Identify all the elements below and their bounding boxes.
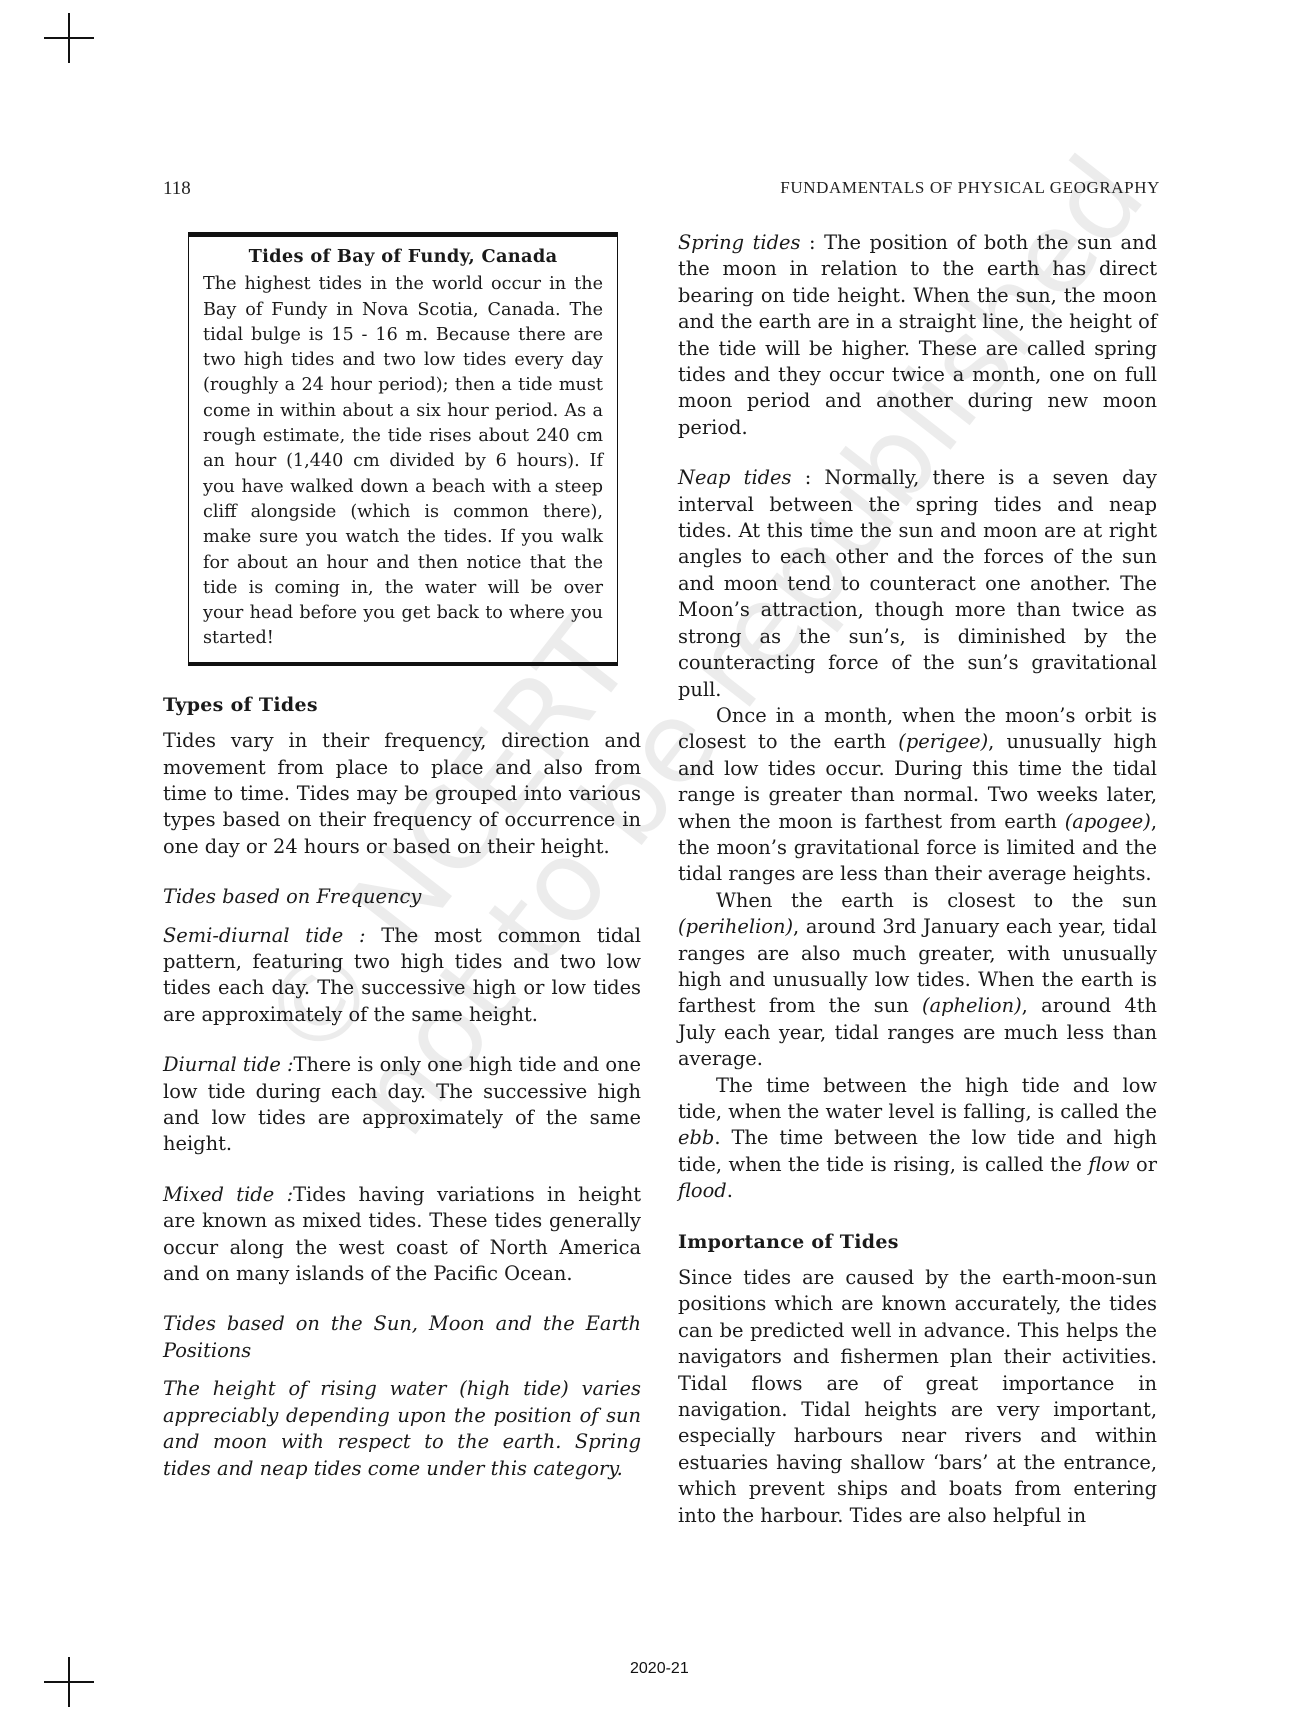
types-of-tides-heading: Types of Tides [163, 692, 641, 718]
apogee-term: (apogee) [1065, 810, 1151, 833]
diurnal-paragraph: Diurnal tide :There is only one high tid… [163, 1052, 641, 1158]
bay-of-fundy-box: Tides of Bay of Fundy, Canada The highes… [188, 232, 618, 666]
aphelion-term: (aphelion) [922, 994, 1022, 1017]
footer-year: 2020-21 [630, 1660, 689, 1678]
right-column: Spring tides : The position of both the … [678, 230, 1157, 1529]
types-of-tides-text: Tides vary in their frequency, direction… [163, 728, 641, 860]
page-number: 118 [163, 178, 191, 200]
perihelion-paragraph: When the earth is closest to the sun (pe… [678, 888, 1157, 1073]
spring-tides-term: Spring tides [678, 231, 800, 254]
diurnal-term: Diurnal tide : [163, 1053, 294, 1076]
neap-tides-paragraph: Neap tides : Normally, there is a seven … [678, 465, 1157, 703]
neap-tides-term: Neap tides [678, 466, 792, 489]
mixed-tide-paragraph: Mixed tide :Tides having variations in h… [163, 1182, 641, 1288]
perigee-paragraph: Once in a month, when the moon’s orbit i… [678, 703, 1157, 888]
ebb-flow-paragraph: The time between the high tide and low t… [678, 1073, 1157, 1205]
perihelion-term: (perihelion) [678, 915, 793, 938]
frequency-subheading: Tides based on Frequency [163, 884, 641, 910]
running-head: FUNDAMENTALS OF PHYSICAL GEOGRAPHY [780, 178, 1160, 198]
positions-paragraph: The height of rising water (high tide) v… [163, 1376, 641, 1482]
semi-diurnal-term: Semi-diurnal tide : [163, 924, 366, 947]
importance-of-tides-heading: Importance of Tides [678, 1229, 1157, 1255]
spring-tides-paragraph: Spring tides : The position of both the … [678, 230, 1157, 441]
mixed-tide-term: Mixed tide : [163, 1183, 293, 1206]
semi-diurnal-paragraph: Semi-diurnal tide : The most common tida… [163, 923, 641, 1029]
flood-term: flood [678, 1179, 727, 1202]
crop-mark-icon [44, 13, 94, 63]
importance-paragraph: Since tides are caused by the earth-moon… [678, 1265, 1157, 1529]
positions-subheading: Tides based on the Sun, Moon and the Ear… [163, 1311, 641, 1364]
box-text: The highest tides in the world occur in … [203, 272, 603, 651]
left-column: Tides of Bay of Fundy, Canada The highes… [163, 232, 641, 1506]
crop-mark-icon [44, 1657, 94, 1707]
perigee-term: (perigee) [898, 730, 988, 753]
flow-term: flow [1088, 1153, 1129, 1176]
box-title: Tides of Bay of Fundy, Canada [203, 244, 603, 269]
ebb-term: ebb [678, 1126, 714, 1149]
